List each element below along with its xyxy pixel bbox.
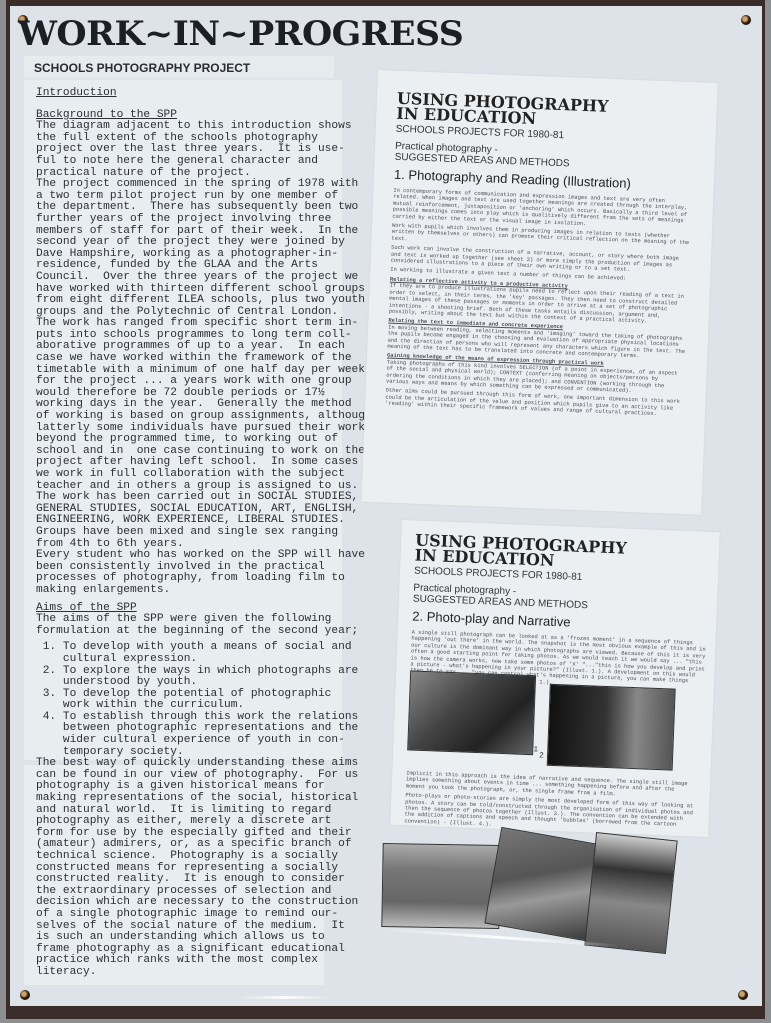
rivet-icon	[738, 990, 748, 1000]
text-line: case we have worked within the framework…	[36, 353, 372, 365]
text-line: ful to note here the general character a…	[36, 156, 372, 168]
photo-label-1: 1	[533, 745, 538, 754]
rivet-icon	[741, 15, 751, 25]
text-line: Groups have been mixed and single sex ra…	[36, 527, 372, 539]
text-line: making enlargements.	[36, 585, 372, 597]
photo-motorbike	[407, 670, 536, 755]
glare	[240, 996, 330, 999]
aim-item: 2. To explore the ways in which photogra…	[36, 666, 372, 689]
text-line: second year of the project they were joi…	[36, 237, 372, 249]
text-line: formulation at the beginning of the seco…	[36, 626, 372, 638]
text-line: making representations of the social, hi…	[36, 793, 372, 805]
background-text: The diagram adjacent to this introductio…	[36, 121, 372, 596]
text-line: Council. Over the three years of the pro…	[36, 272, 372, 284]
rivet-icon	[20, 990, 30, 1000]
text-line: is such an understanding which allows us…	[36, 932, 372, 944]
view-text: The best way of quickly understanding th…	[36, 758, 372, 978]
text-line: The aims of the SPP were given the follo…	[36, 614, 372, 626]
photo-label-2: 2	[539, 751, 544, 760]
aim-item: 3. To develop the potential of photograp…	[36, 689, 372, 712]
text-line: technical science. Photography is a soci…	[36, 851, 372, 863]
banner-subtitle: SCHOOLS PHOTOGRAPHY PROJECT	[34, 61, 250, 75]
intro-column: Introduction Background to the SPP The d…	[36, 88, 372, 979]
text-line: further years of the project involving t…	[36, 214, 372, 226]
text-line: The project commenced in the spring of 1…	[36, 179, 372, 191]
handout-1-body: In contemporary forms of communication a…	[385, 188, 693, 419]
text-line: literacy.	[36, 967, 372, 979]
banner-subtitle-strip: SCHOOLS PHOTOGRAPHY PROJECT	[24, 56, 334, 78]
handout-2-title: USING PHOTOGRAPHY IN EDUCATION	[414, 533, 635, 571]
banner-title: WORK~IN~PROGRESS	[18, 14, 463, 54]
aims-list: 1. To develop with youth a means of soci…	[36, 642, 372, 758]
aims-text: The aims of the SPP were given the follo…	[36, 614, 372, 637]
text-line: we work in full collaboration with the s…	[36, 469, 372, 481]
text-line: Every student who has worked on the SPP …	[36, 550, 372, 562]
photo-street-pedestrians	[381, 843, 500, 929]
aim-item: 4. To establish through this work the re…	[36, 712, 372, 758]
intro-heading: Introduction	[36, 88, 372, 100]
text-line: from eight different ILEA schools, plus …	[36, 295, 372, 307]
aim-item: 1. To develop with youth a means of soci…	[36, 642, 372, 665]
handout-1-title: USING PHOTOGRAPHY IN EDUCATION	[396, 91, 617, 129]
text-line: of working is based on group assignments…	[36, 411, 372, 423]
photo-man-kneeling	[584, 832, 677, 954]
photo-phone-call	[547, 684, 676, 771]
text-line: of a single photographic image to remind…	[36, 909, 372, 921]
handout-2-body: Implicit in this approach is the idea of…	[404, 770, 696, 838]
handout-sheet-2: USING PHOTOGRAPHY IN EDUCATION SCHOOLS P…	[390, 520, 719, 837]
handout-sheet-1: USING PHOTOGRAPHY IN EDUCATION SCHOOLS P…	[361, 70, 717, 515]
